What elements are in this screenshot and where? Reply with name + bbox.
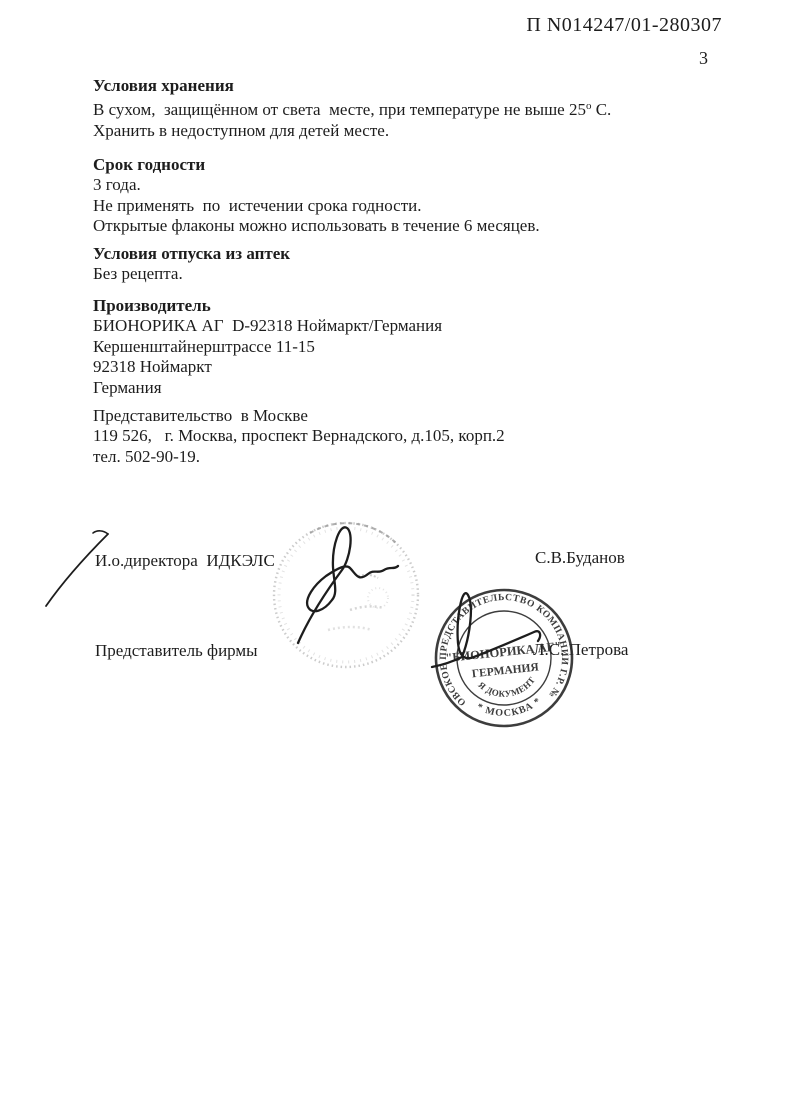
page-number: 3 (0, 48, 708, 69)
signature-row1-name: С.В.Буданов (535, 548, 625, 568)
shelf-life-line: Не применять по истечении срока годности… (93, 196, 540, 216)
manufacturer-line: БИОНОРИКА АГ D-92318 Ноймаркт/Германия (93, 316, 442, 336)
storage-line-1-unit: С. (591, 100, 611, 119)
faint-round-stamp (258, 508, 434, 684)
shelf-life-line: Открытые флаконы можно использовать в те… (93, 216, 540, 236)
section-storage-title: Условия хранения (93, 76, 611, 96)
manufacturer-line: 92318 Ноймаркт (93, 357, 442, 377)
stamp-purpose-text: ДЛЯ ДОКУМЕНТОВ (473, 647, 539, 702)
representative-line: 119 526, г. Москва, проспект Вернадского… (93, 426, 505, 446)
representative-line: тел. 502-90-19. (93, 447, 505, 467)
document-page: П N014247/01-280307 3 Условия хранения В… (0, 0, 800, 1120)
signature-row2-label: Представитель фирмы (95, 641, 258, 661)
storage-line-1-text: В сухом, защищённом от света месте, при … (93, 100, 586, 119)
representative-line: Представительство в Москве (93, 406, 505, 426)
section-dispensing: Условия отпуска из аптек Без рецепта. (93, 244, 290, 285)
signature-row2-name: Л.С. Петрова (533, 640, 628, 660)
svg-text:* МОСКВА *: * МОСКВА * (474, 695, 545, 722)
section-shelf-life-title: Срок годности (93, 155, 540, 175)
stamp-country: ГЕРМАНИЯ (471, 661, 540, 680)
section-dispensing-title: Условия отпуска из аптек (93, 244, 290, 264)
section-storage: Условия хранения В сухом, защищённом от … (93, 76, 611, 141)
section-representative: Представительство в Москве 119 526, г. М… (93, 406, 505, 467)
section-shelf-life: Срок годности 3 года. Не применять по ис… (93, 155, 540, 237)
storage-line-2: Хранить в недоступном для детей месте. (93, 121, 611, 141)
section-manufacturer-title: Производитель (93, 296, 442, 316)
storage-line-1: В сухом, защищённом от света месте, при … (93, 96, 611, 120)
stamp-city-text: * МОСКВА * (474, 695, 545, 722)
shelf-life-line: 3 года. (93, 175, 540, 195)
signature-row1-label: И.о.директора ИДКЭЛС (95, 551, 275, 571)
signature-scrawl-director (280, 505, 410, 655)
dispensing-line: Без рецепта. (93, 264, 290, 284)
manufacturer-line: Германия (93, 378, 442, 398)
registration-number: П N014247/01-280307 (0, 14, 722, 37)
manufacturer-line: Кершенштайнерштрассе 11-15 (93, 337, 442, 357)
svg-text:ДЛЯ ДОКУМЕНТОВ: ДЛЯ ДОКУМЕНТОВ (473, 647, 539, 702)
section-manufacturer: Производитель БИОНОРИКА АГ D-92318 Нойма… (93, 296, 442, 398)
signature-scrawl-representative (418, 575, 558, 685)
